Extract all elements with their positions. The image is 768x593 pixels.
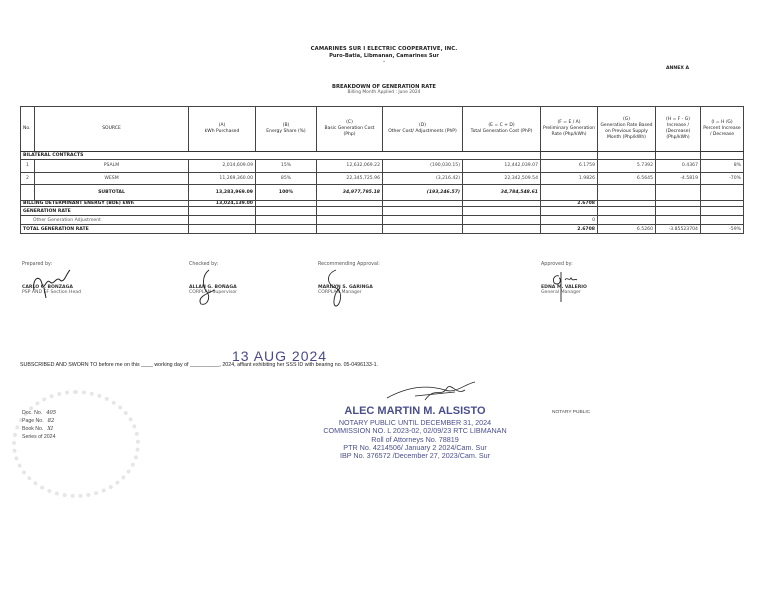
approved-by-role: General Manager: [541, 290, 681, 295]
signatory-prepared: Prepared by: CARLO C. BONZAGA PSP AND EF…: [22, 262, 162, 295]
recommending-role: CORPLAN Manager: [318, 290, 468, 295]
book-no: XI: [47, 426, 53, 432]
table-row: 2 WESM 11,269,360.00 85% 22,345,725.96 (…: [21, 172, 744, 185]
header-mark: •: [0, 59, 768, 64]
other-adjustment-row: Other Generation Adjustment 0: [21, 216, 744, 225]
checked-by-role: CORPLAN Supervisor: [189, 290, 329, 295]
doc-no: 405: [46, 410, 56, 416]
approved-by-label: Approved by:: [541, 262, 681, 267]
generation-rate-row: GENERATION RATE: [21, 207, 744, 216]
notarial-register: Doc. No.405 Page No.82 Book No.XI Series…: [22, 409, 56, 441]
notarial-seal-icon: [12, 390, 140, 498]
notary-public-label: NOTARY PUBLIC: [552, 410, 590, 415]
signatory-recommending: Recommending Approval: MARILYN S. GARING…: [318, 262, 468, 295]
prepared-by-label: Prepared by:: [22, 262, 162, 267]
section-row-bilateral: BILATERAL CONTRACTS: [21, 152, 744, 160]
prepared-by-role: PSP AND EF Section Head: [22, 290, 162, 295]
checked-by-label: Checked by:: [189, 262, 329, 267]
notary-name: ALEC MARTIN M. ALSISTO: [300, 405, 530, 417]
signatory-checked: Checked by: ALLAN G. BOÑAGA CORPLAN Supe…: [189, 262, 329, 295]
notary-signature-icon: [385, 380, 485, 404]
series: Series of 2024: [22, 433, 56, 441]
generation-rate-table: No. SOURCE (A)kWh Purchased (B)Energy Sh…: [20, 106, 744, 234]
col-c: (C)Basic Generation Cost (Php): [317, 107, 383, 152]
col-h: (H = F - G)Increase / (Decrease) (Php/kW…: [656, 107, 701, 152]
billing-month: Billing Month Applied : June 2024: [0, 90, 768, 95]
col-g: (G)Generation Rate Based on Previous Sup…: [598, 107, 656, 152]
jurat-text: SUBSCRIBED AND SWORN TO before me on thi…: [20, 362, 378, 368]
col-d: (D)Other Cost/ Adjustments (PhP): [383, 107, 463, 152]
subtotal-row: SUBTOTAL 13,283,969.09 100% 34,977,795.1…: [21, 185, 744, 201]
col-a: (A)kWh Purchased: [189, 107, 256, 152]
col-no: No.: [21, 107, 35, 152]
section-label: BILATERAL CONTRACTS: [21, 152, 541, 160]
col-b: (B)Energy Share (%): [256, 107, 317, 152]
page-no: 82: [48, 418, 55, 424]
company-name: CAMARINES SUR I ELECTRIC COOPERATIVE, IN…: [0, 46, 768, 52]
signatory-approved: Approved by: EDNA M. VALERIO General Man…: [541, 262, 681, 295]
table-header-row: No. SOURCE (A)kWh Purchased (B)Energy Sh…: [21, 107, 744, 152]
annex-label: ANNEX A: [666, 66, 689, 71]
col-i: (I = H /G)Percent Increase / Decrease: [701, 107, 744, 152]
notary-details: NOTARY PUBLIC UNTIL DECEMBER 31, 2024 CO…: [300, 419, 530, 460]
recommending-label: Recommending Approval:: [318, 262, 468, 267]
total-row: TOTAL GENERATION RATE 2.6708 6.5260 -3.8…: [21, 225, 744, 234]
col-f: (F = E / A)Preliminary Generation Rate (…: [541, 107, 598, 152]
col-e: (E = C + D)Total Generation Cost (PhP): [463, 107, 541, 152]
col-source: SOURCE: [35, 107, 189, 152]
table-row: 1 PSALM 2,014,609.09 15% 12,632,069.22 (…: [21, 160, 744, 173]
